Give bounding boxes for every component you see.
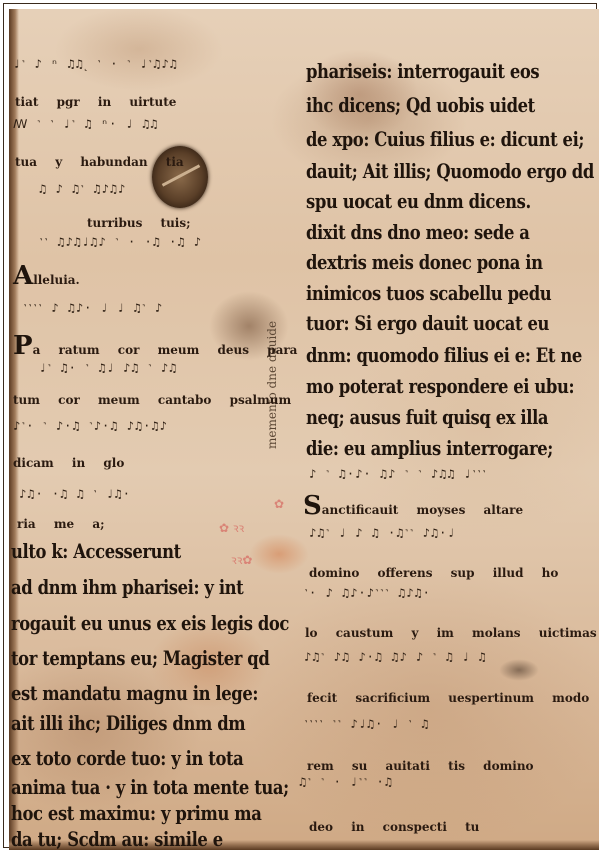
text-line: ulto k: Accesserunt [11,539,181,563]
text-line: mo poterat respondere ei ubu: [306,374,574,398]
neume-row: ˺˺ ♫♪♫♩♫♪ ˺ · ·♫ ·♫ ♪ [39,235,202,250]
text-line: de xpo: Cuius filius e: dicunt ei; [306,127,584,151]
chant-lyric-alleluia: Alleluia. [13,261,80,291]
red-ink-mark: ✿ ꝛꝛ [219,519,244,536]
text-line: hoc est maximu: y primu ma [11,801,261,825]
chant-lyric-line: tua y habundan tia [15,155,184,169]
neume-row: ♪♫˺ ♩ ♪ ♫ ·♫˺˺ ♪♫·♩ [309,526,456,541]
chant-lyric-line: tum cor meum cantabo psalmum [13,393,291,407]
text-line: tuor: Si ergo dauit uocat eu [306,311,549,335]
text-line: tor temptans eu; Magister qd [11,646,269,670]
text-line: dixit dns dno meo: sede a [306,220,530,244]
text-line: da tu; Scdm au: simile e [11,827,223,850]
text-line: ait illi ihc; Diliges dnm dm [11,711,245,735]
chant-lyric-line: ria me a; [17,517,105,531]
red-ink-mark: ꝛꝛ✿ [231,551,252,568]
neume-row: ♫ ♪ ♫˺ ♫♪♫♪ [39,182,126,197]
text-line: inimicos tuos scabellu pedu [306,281,551,305]
chant-lyric-line: tiat pgr in uirtute [15,95,176,109]
chant-lyric-paratum: Pa ratum cor meum deus para [13,331,297,361]
red-ink-mark: ✿ [274,497,284,511]
chant-lyric-line: domino offerens sup illud ho [309,566,558,580]
text-line: anima tua · y in tota mente tua; [11,775,289,799]
neume-row: ˺· ♪ ♫♪·♪˺˺˺ ♫♪♫· [304,586,431,601]
neume-row: ♫˺ ˺ · ♩˺˺ ·♫ [299,775,393,790]
text-line: phariseis: interrogauit eos [306,59,539,83]
neume-row: ♪♫˺ ♪♫ ♪·♫ ♫♪ ♪ ˺ ♫ ♩ ♫ [304,650,487,665]
chant-lyric-line: turribus tuis; [87,216,191,230]
text-line: rogauit eu unus ex eis legis doc [11,611,289,635]
text-line: ad dnm ihm pharisei: y int [11,575,243,599]
page-frame: ✿ ꝛꝛ ꝛꝛ✿ ✿ memento dne dauide ♩˺ ♪ ⁿ ♫♫˻… [3,3,597,848]
initial-sanctificauit: S [303,491,322,521]
text-line: dnm: quomodo filius ei e: Et ne [306,343,582,367]
neume-row: ˺˺˺˺ ˺˺ ♪♩♫· ♩ ˺ ♫ [304,717,429,732]
text-line: ex toto corde tuo: y in tota [11,746,243,770]
chant-lyric-line: dicam in glo [13,456,124,470]
chant-lyric-sanctificauit: Sanctificauit moyses altare [303,491,523,521]
initial-alleluia: A [13,261,33,291]
text-line: ihc dicens; Qd uobis uidet [306,93,535,117]
text-line: neq; ausus fuit quisq ex illa [306,405,548,429]
text-line: spu uocat eu dnm dicens. [306,189,531,213]
text-line: dextris meis donec pona in [306,250,543,274]
text-line: est mandatu magnu in lege: [11,681,258,705]
neume-row: ♩˺ ♫· ˺ ♫♩ ♪♫ ˺ ♪♫ [39,361,177,376]
chant-lyric-line: lo caustum y im molans uictimas [305,626,597,640]
chant-lyric-line: rem su auitati tis domino [307,759,534,773]
text-line: die: eu amplius interrogare; [306,436,553,460]
neume-row: ˺˺˺˺ ♪ ♫♪· ♩ ♩ ♫˺ ♪ [23,301,163,316]
neume-row: ꟿ ˺ ˺ ♩˺ ♫ ⁿ· ♩ ♫♫ [13,117,159,132]
neume-row: ♪♫· ·♫ ♫ ˺ ♩♫· [19,487,131,502]
neume-row: ♪ ˺ ♫·♪· ♫♪ ˺ ˺ ♪♫♫ ♩˺˺˺ [309,467,487,482]
chant-lyric-line: fecit sacrificium uespertinum modo [307,691,589,705]
initial-paratum: P [13,331,33,361]
text-line: dauit; Ait illis; Quomodo ergo dd in [306,159,599,183]
neume-row: ♪˺· ˺ ♪·♫ ˺♪·♫ ♪♫·♫♪ [13,419,168,434]
stain-dark-right [499,659,539,681]
chant-lyric-line: deo in conspecti tu [309,820,479,834]
stain-orange-mid [249,534,309,574]
neume-row: ♩˺ ♪ ⁿ ♫♫˻ ˺ · ˺ ♩˺♫♪♫ [13,57,178,72]
manuscript-page: ✿ ꝛꝛ ꝛꝛ✿ ✿ memento dne dauide ♩˺ ♪ ⁿ ♫♫˻… [9,9,599,850]
